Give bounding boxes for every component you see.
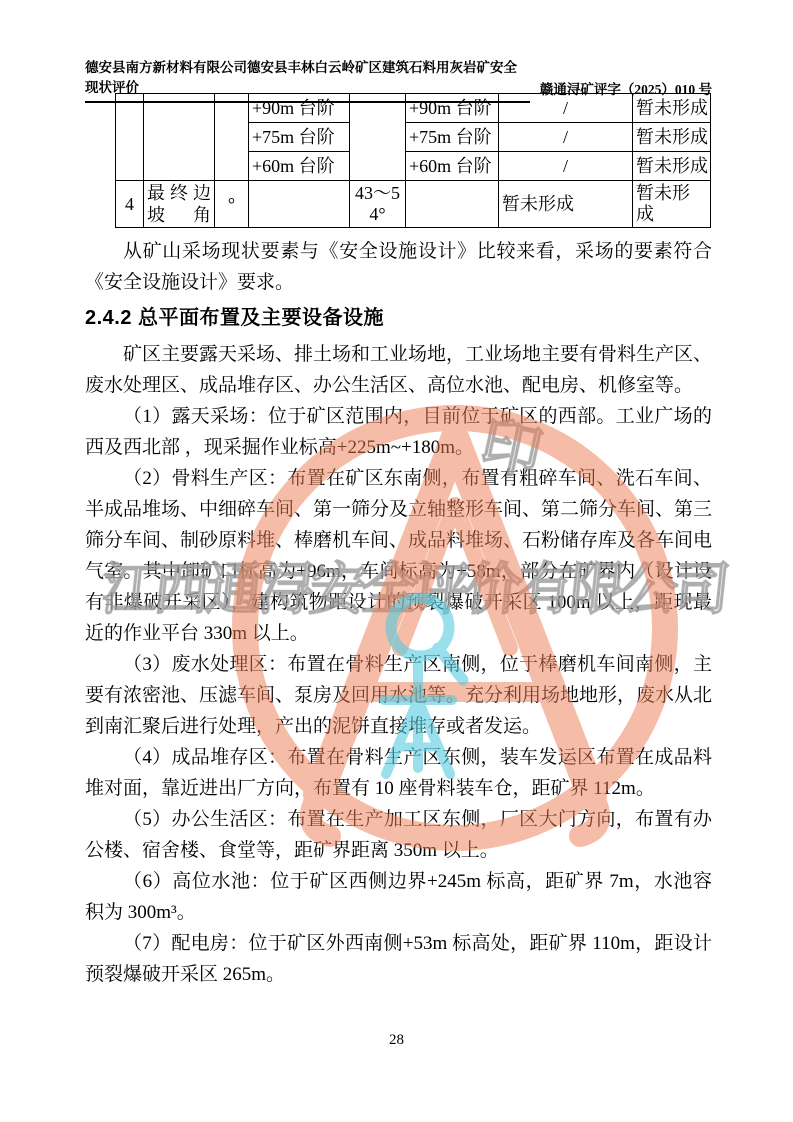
- table-cell-empty: [215, 94, 249, 181]
- para-item-4: （4）成品堆存区：布置在骨料生产区东侧，装车发运区布置在成品料堆对面，靠近进出厂…: [85, 742, 712, 804]
- table-row: 4 最终边坡角 ° 43～54° 暂未形成 暂未形成: [116, 181, 711, 228]
- table-cell-item: 最终边坡角: [144, 181, 215, 228]
- table-cell-empty: [116, 94, 144, 181]
- table-cell-design-bench: +60m 台阶: [249, 152, 350, 181]
- table-cell-status: 暂未形成: [633, 123, 711, 152]
- table-cell-value: /: [499, 123, 633, 152]
- table-cell-current-value: 暂未形成: [499, 181, 633, 228]
- table-cell-value: /: [499, 94, 633, 123]
- table-cell-current-bench: +60m 台阶: [406, 152, 499, 181]
- para-item-6: （6）高位水池：位于矿区西侧边界+245m 标高，距矿界 7m，水池容积为 30…: [85, 866, 712, 928]
- table-cell-current-bench: +90m 台阶: [406, 94, 499, 123]
- body-text: 从矿山采场现状要素与《安全设施设计》比较来看，采场的要素符合《安全设施设计》要求…: [85, 236, 712, 990]
- para-item-7: （7）配电房：位于矿区外西南侧+53m 标高处，距矿界 110m，距设计预裂爆破…: [85, 928, 712, 990]
- table-cell-value: /: [499, 152, 633, 181]
- table-cell-status: 暂未形成: [633, 152, 711, 181]
- section-heading: 2.4.2 总平面布置及主要设备设施: [85, 303, 712, 334]
- table-row: +90m 台阶 +90m 台阶 / 暂未形成: [116, 94, 711, 123]
- para-overview: 矿区主要露天采场、排土场和工业场地，工业场地主要有骨料生产区、废水处理区、成品堆…: [85, 339, 712, 401]
- para-item-5: （5）办公生活区：布置在生产加工区东侧，厂区大门方向，布置有办公楼、宿舍楼、食堂…: [85, 804, 712, 866]
- table-cell-index: 4: [116, 181, 144, 228]
- bench-parameters-table: +90m 台阶 +90m 台阶 / 暂未形成 +75m 台阶 +75m 台阶 /…: [115, 93, 711, 228]
- table-cell-design-value: 43～54°: [350, 181, 406, 228]
- document-page: 德安县南方新材料有限公司德安县丰林白云岭矿区建筑石料用灰岩矿安全现状评价 赣通浔…: [0, 0, 793, 1122]
- table-cell-empty: [249, 181, 350, 228]
- table-cell-current-bench: +75m 台阶: [406, 123, 499, 152]
- table-cell-design-bench: +90m 台阶: [249, 94, 350, 123]
- para-comparison: 从矿山采场现状要素与《安全设施设计》比较来看，采场的要素符合《安全设施设计》要求…: [85, 236, 712, 298]
- table-cell-empty: [406, 181, 499, 228]
- para-item-1: （1）露天采场：位于矿区范围内，目前位于矿区的西部。工业广场的西及西北部 ，现采…: [85, 401, 712, 463]
- para-item-2: （2）骨料生产区：布置在矿区东南侧，布置有粗碎车间、洗石车间、半成品堆场、中细碎…: [85, 463, 712, 649]
- table-cell-unit: °: [215, 181, 249, 228]
- table-cell-design-bench: +75m 台阶: [249, 123, 350, 152]
- table-cell-empty: [144, 94, 215, 181]
- table-cell-status: 暂未形成: [633, 94, 711, 123]
- para-item-3: （3）废水处理区：布置在骨料生产区南侧，位于棒磨机车间南侧，主要有浓密池、压滤车…: [85, 649, 712, 742]
- page-number: 28: [0, 1032, 793, 1049]
- table-cell-status: 暂未形成: [633, 181, 711, 228]
- table-cell-empty: [350, 94, 406, 181]
